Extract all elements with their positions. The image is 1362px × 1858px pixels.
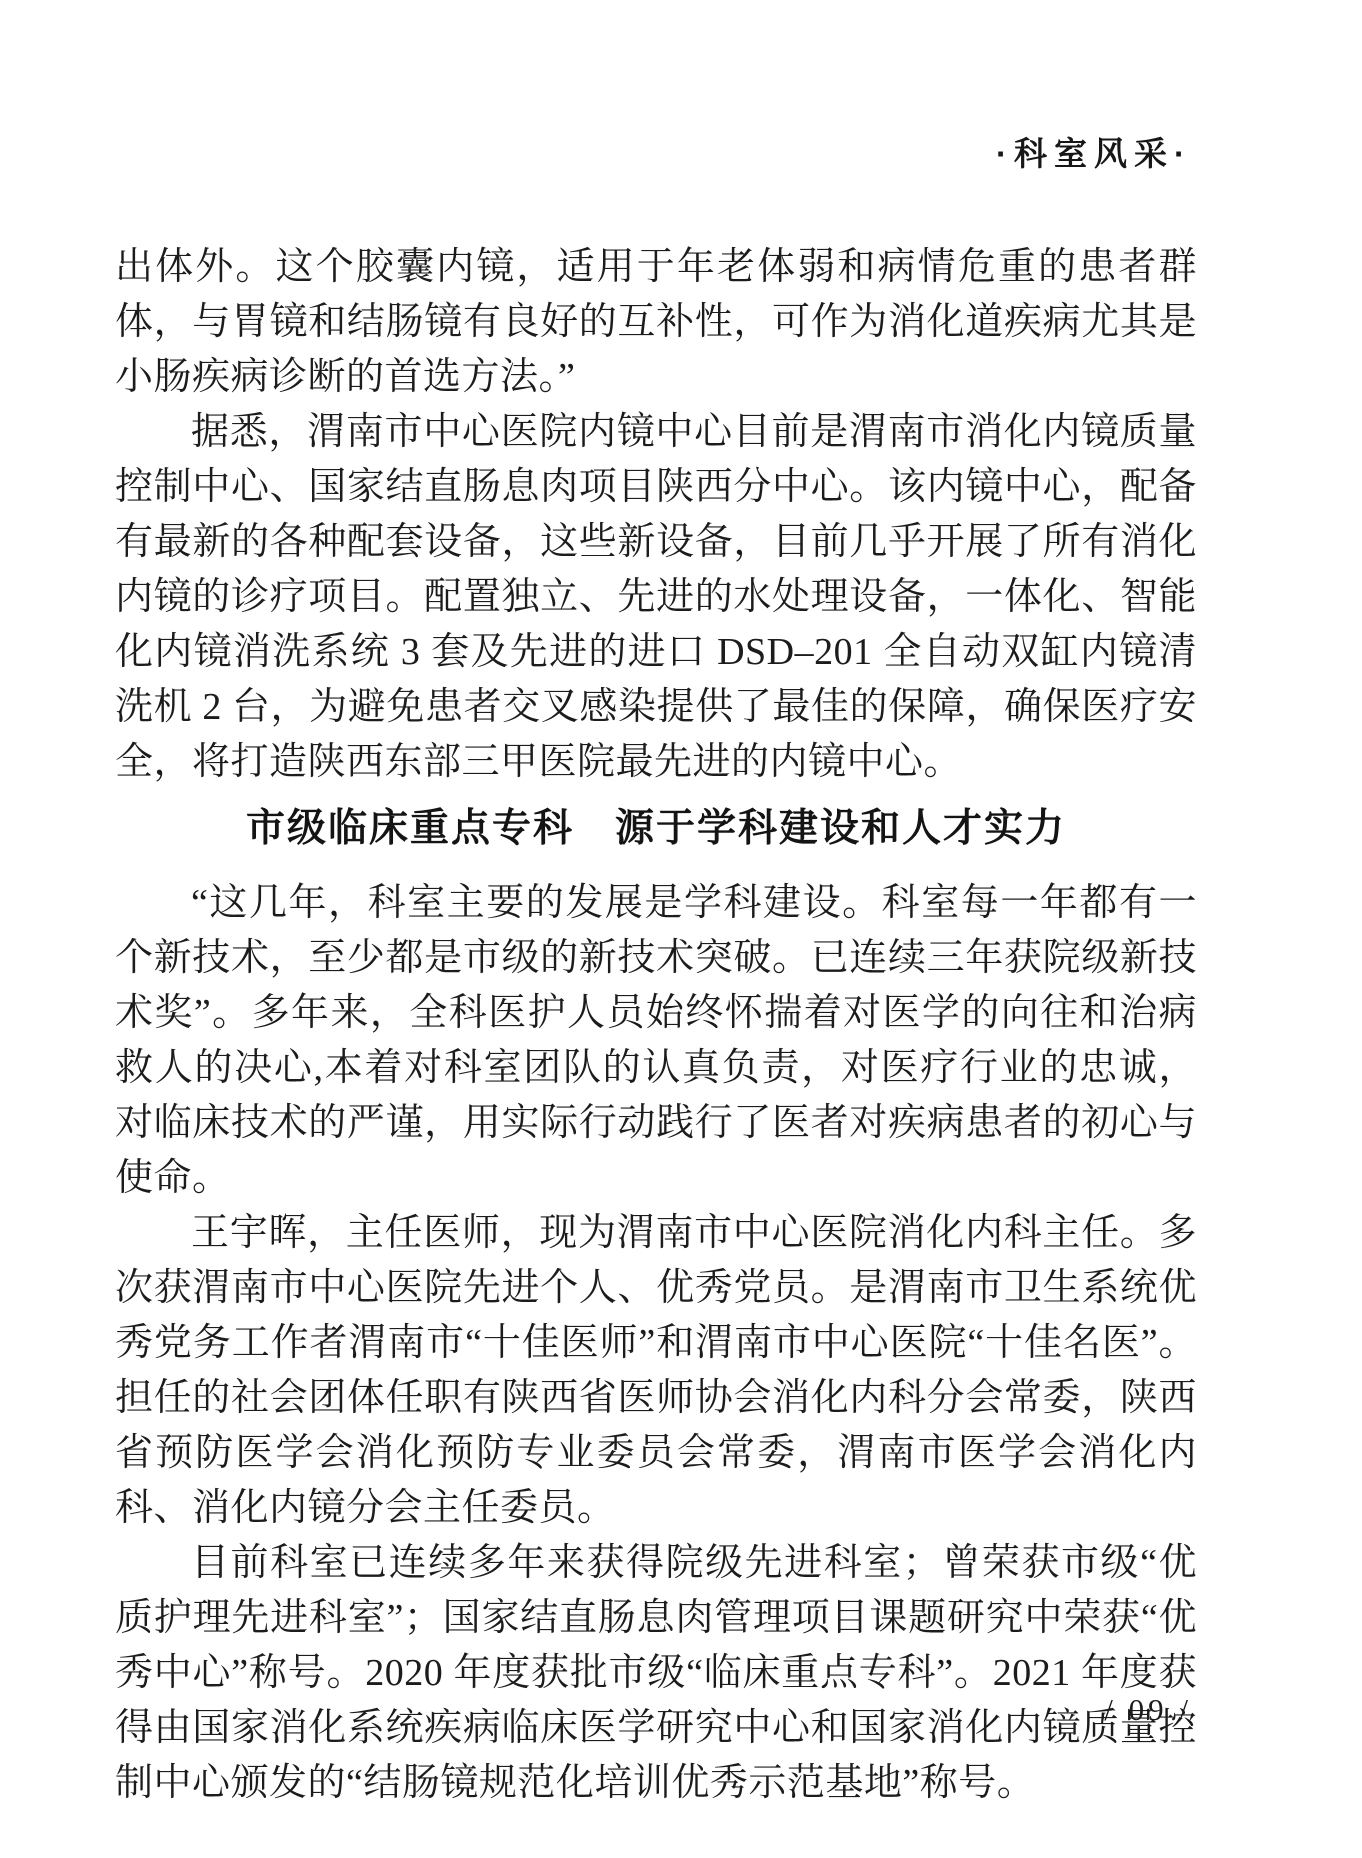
paragraph-capsule-endoscope: 出体外。这个胶囊内镜，适用于年老体弱和病情危重的患者群体，与胃镜和结肠镜有良好的… (115, 240, 1197, 405)
paragraph-discipline-development: “这几年，科室主要的发展是学科建设。科室每一年都有一个新技术，至少都是市级的新技… (115, 876, 1197, 1206)
paragraph-wang-yuhui-bio: 王宇晖，主任医师，现为渭南市中心医院消化内科主任。多次获渭南市中心医院先进个人、… (115, 1206, 1197, 1536)
section-heading: 市级临床重点专科 源于学科建设和人才实力 (115, 804, 1197, 854)
running-header: ·科室风采· (996, 128, 1192, 175)
page-number: / 09 / (1104, 1692, 1192, 1728)
paragraph-endoscopy-center: 据悉，渭南市中心医院内镜中心目前是渭南市消化内镜质量控制中心、国家结直肠息肉项目… (115, 405, 1197, 790)
article-body: 出体外。这个胶囊内镜，适用于年老体弱和病情危重的患者群体，与胃镜和结肠镜有良好的… (115, 240, 1197, 1811)
document-page: ·科室风采· 出体外。这个胶囊内镜，适用于年老体弱和病情危重的患者群体，与胃镜和… (0, 0, 1362, 1858)
paragraph-department-honors: 目前科室已连续多年来获得院级先进科室；曾荣获市级“优质护理先进科室”；国家结直肠… (115, 1536, 1197, 1811)
